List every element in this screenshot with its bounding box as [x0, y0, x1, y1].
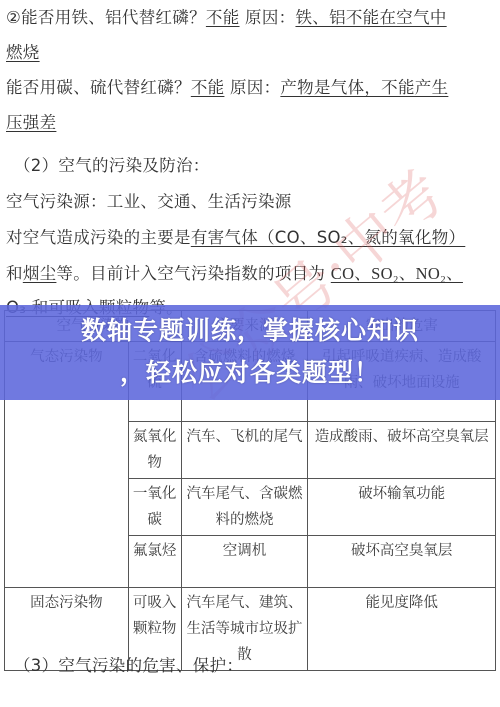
- q1-answer: 不能: [206, 8, 240, 27]
- banner-text: 数轴专题训练，掌握核心知识 ，轻松应对各类题型！: [0, 305, 500, 394]
- promo-banner[interactable]: 数轴专题训练，掌握核心知识 ，轻松应对各类题型！: [0, 305, 500, 400]
- q1-question: ②能否用铁、铝代替红磷？: [6, 8, 206, 27]
- pollutant-source: 空调机: [181, 536, 308, 588]
- pollutant-harm: 破坏高空臭氧层: [308, 536, 496, 588]
- q1-reason-label: 原因：: [240, 8, 296, 27]
- index-middle: 等。目前计入空气污染指数的项目为: [56, 264, 330, 283]
- pollutant-source: 汽车、飞机的尾气: [181, 422, 308, 479]
- pollutant-name: 氟氯烃: [128, 536, 181, 588]
- q1-line: ②能否用铁、铝代替红磷？不能 原因：铁、铝不能在空气中: [6, 4, 447, 28]
- index-line: 和烟尘等。目前计入空气污染指数的项目为 CO、SO₂、NO₂、: [6, 260, 463, 284]
- q2-line: 能否用碳、硫代替红磷？不能 原因：产物是气体，不能产生: [6, 74, 448, 98]
- q2-reason: 产物是气体，不能产生: [280, 78, 448, 97]
- q2-question: 能否用碳、硫代替红磷？: [6, 78, 191, 97]
- pollutant-harm: 造成酸雨、破坏高空臭氧层: [308, 422, 496, 479]
- main-pollutants-prefix: 对空气造成污染的主要是: [6, 228, 191, 247]
- q1-reason: 铁、铝不能在空气中: [295, 8, 446, 27]
- section3-heading: （3）空气污染的危害、保护：: [14, 652, 243, 676]
- main-pollutants-line: 对空气造成污染的主要是有害气体（CO、SO₂、氮的氧化物）: [6, 224, 465, 248]
- pollutant-source: 汽车尾气、含碳燃料的燃烧: [181, 479, 308, 536]
- pollutant-name: 氮氧化物: [128, 422, 181, 479]
- q2-answer: 不能: [191, 78, 225, 97]
- pollutant-harm: 破坏输氧功能: [308, 479, 496, 536]
- banner-line-2: ，轻松应对各类题型！: [0, 352, 500, 394]
- pollution-sources: 空气污染源：工业、交通、生活污染源: [6, 188, 292, 212]
- pollutant-harm: 能见度降低: [308, 588, 496, 671]
- index-prefix: 和: [6, 264, 23, 283]
- q2-reason-label: 原因：: [224, 78, 280, 97]
- q2-reason-cont: 压强差: [6, 109, 56, 133]
- banner-line-1: 数轴专题训练，掌握核心知识: [0, 310, 500, 352]
- q1-reason-cont: 燃烧: [6, 39, 40, 63]
- dust-answer: 烟尘: [23, 264, 57, 283]
- main-pollutants-answer: 有害气体（CO、SO₂、氮的氧化物）: [191, 228, 465, 247]
- pollutant-name: 一氧化碳: [128, 479, 181, 536]
- index-items: CO、SO₂、NO₂、: [331, 264, 463, 283]
- section2-heading: （2）空气的污染及防治：: [14, 152, 210, 176]
